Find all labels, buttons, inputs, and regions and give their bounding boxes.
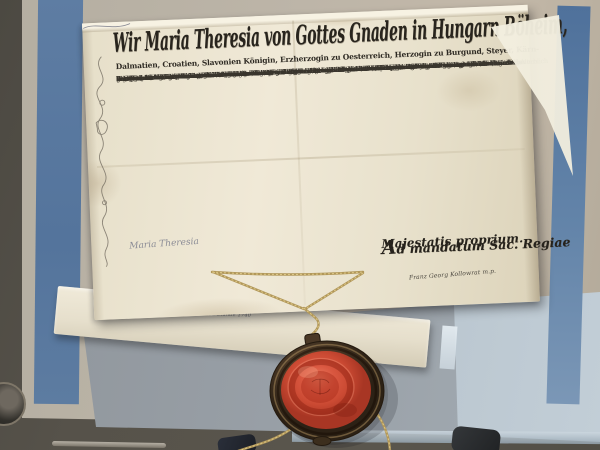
blue-board-left xyxy=(34,0,83,404)
counter-signature: Franz Georg Kollowrat m.p. xyxy=(409,268,497,282)
body-line: Vierzigsten, Unserer Reiche im Ersten Ja… xyxy=(116,68,252,84)
ad-mandatum-block: Ad mandatum Sac. Regiae Majestatis propr… xyxy=(381,231,535,237)
metal-rod xyxy=(52,441,166,448)
ribbon-strip xyxy=(440,326,458,370)
maria-theresia-signature: Maria Theresia xyxy=(129,237,199,252)
table-edge-band xyxy=(292,430,600,444)
dark-object-right xyxy=(451,426,501,450)
parchment-document: Wir Maria Theresia von Gottes Gnaden in … xyxy=(82,5,540,320)
horizontal-crease xyxy=(97,148,525,168)
dark-object-left xyxy=(217,433,257,450)
photograph: Erbhuldigung der niederösterreichischen … xyxy=(0,0,600,450)
